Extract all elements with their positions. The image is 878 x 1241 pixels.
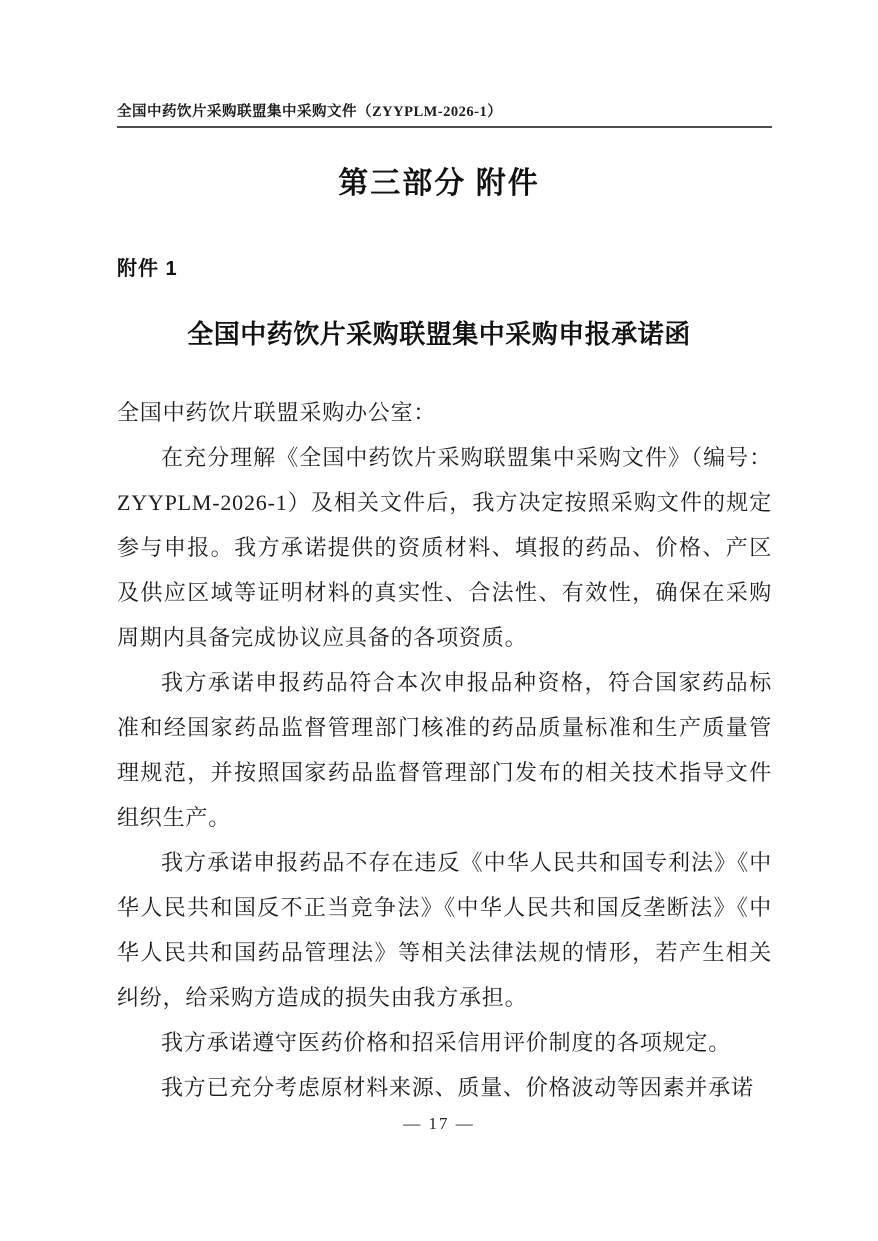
document-title: 全国中药饮片采购联盟集中采购申报承诺函 [0, 314, 878, 351]
paragraph: 我方承诺申报药品符合本次申报品种资格，符合国家药品标准和经国家药品监督管理部门核… [117, 660, 772, 840]
attachment-label: 附件 1 [117, 252, 178, 281]
page-number: — 17 — [403, 1114, 475, 1133]
paragraph: 我方已充分考虑原材料来源、质量、价格波动等因素并承诺 [117, 1065, 772, 1110]
document-body: 全国中药饮片联盟采购办公室： 在充分理解《全国中药饮片采购联盟集中采购文件》（编… [117, 390, 772, 1110]
paragraph: 我方承诺遵守医药价格和招采信用评价制度的各项规定。 [117, 1020, 772, 1065]
paragraph: 我方承诺申报药品不存在违反《中华人民共和国专利法》《中华人民共和国反不正当竞争法… [117, 840, 772, 1020]
part-title: 第三部分 附件 [0, 158, 878, 202]
page-footer: — 17 — [0, 1114, 878, 1134]
document-page: 全国中药饮片采购联盟集中采购文件（ZYYPLM-2026-1） 第三部分 附件 … [0, 0, 878, 1241]
page-header: 全国中药饮片采购联盟集中采购文件（ZYYPLM-2026-1） [117, 100, 772, 128]
salutation: 全国中药饮片联盟采购办公室： [117, 390, 772, 435]
paragraph: 在充分理解《全国中药饮片采购联盟集中采购文件》（编号：ZYYPLM-2026-1… [117, 435, 772, 660]
